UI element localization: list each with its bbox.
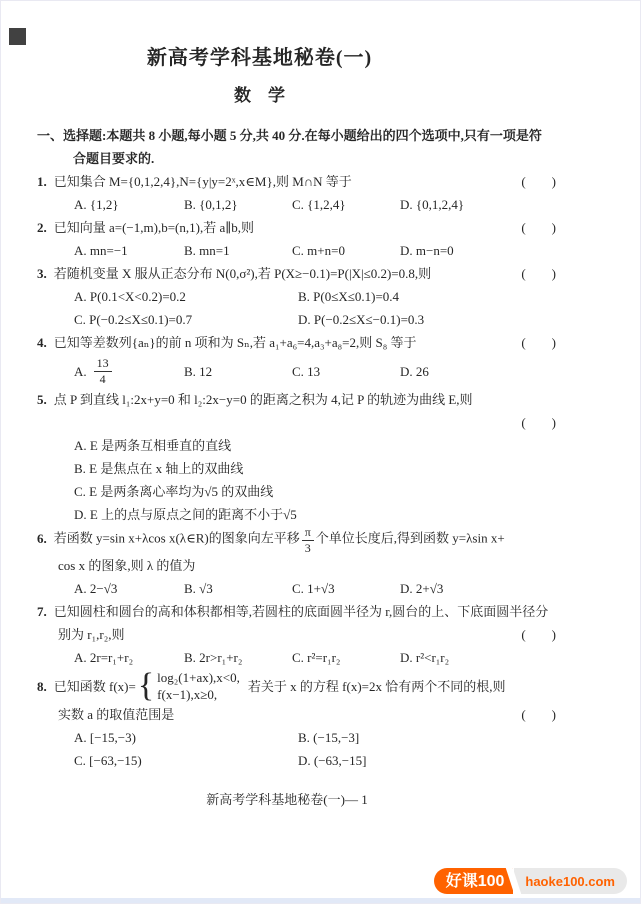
question-7-option-b: B. 2r>r₁+r₂ xyxy=(184,646,292,669)
question-7-option-d: D. r²<r₁r₂ xyxy=(400,646,556,669)
spacer xyxy=(417,331,522,354)
question-2-option-b: B. mn=1 xyxy=(184,239,292,262)
section-heading: 一、选择题: xyxy=(37,128,106,143)
question-6: 6.若函数 y=sin x+λcos x(λ∈R)的图象向左平移π3个单位长度后… xyxy=(37,526,556,600)
question-6-option-b: B. √3 xyxy=(184,577,292,600)
question-4-option-d: D. 26 xyxy=(400,360,556,383)
spacer xyxy=(352,170,522,193)
question-3-option-b: B. P(0≤X≤0.1)=0.4 xyxy=(298,285,556,308)
question-2-stem-line: 2. 已知向量 a=(−1,m),b=(n,1),若 a∥b,则 ( ) xyxy=(37,216,556,239)
question-3-option-d: D. P(−0.2≤X≤−0.1)=0.3 xyxy=(298,308,556,331)
question-8-stem-line2: 实数 a 的取值范围是 ( ) xyxy=(58,703,556,726)
question-2-options: A. mn=−1 B. mn=1 C. m+n=0 D. m−n=0 xyxy=(74,239,556,262)
question-7-stem-line1: 已知圆柱和圆台的高和体积都相等,若圆柱的底面圆半径为 r,圆台的上、下底面圆半径… xyxy=(54,600,549,623)
question-8-options-row1: A. [−15,−3) B. (−15,−3] xyxy=(74,726,556,749)
question-4: 4. 已知等差数列{aₙ}的前 n 项和为 Sₙ,若 a₁+a₆=4,a₃+a₈… xyxy=(37,331,556,388)
scan-artifact-square xyxy=(9,28,26,45)
question-5: 5. 点 P 到直线 l₁:2x+y=0 和 l₂:2x−y=0 的距离之积为 … xyxy=(37,388,556,526)
question-8: 8. 已知函数 f(x)= { log₂(1+ax),x<0, f(x−1),x… xyxy=(37,669,556,772)
question-8-stem-prefix: 已知函数 f(x)= xyxy=(54,675,136,698)
question-1-option-c: C. {1,2,4} xyxy=(292,193,400,216)
curly-brace: { xyxy=(138,669,154,703)
question-6-number: 6. xyxy=(37,531,47,546)
question-7-stem-line2-text: 别为 r₁,r₂,则 xyxy=(58,623,124,646)
question-2-number: 2. xyxy=(37,216,47,239)
question-3-option-a: A. P(0.1<X<0.2)=0.2 xyxy=(74,285,298,308)
question-4-number: 4. xyxy=(37,331,47,354)
fraction-13-4: 13 4 xyxy=(94,357,112,385)
pi-over-3-fraction: π3 xyxy=(302,526,314,554)
question-8-option-b: B. (−15,−3] xyxy=(298,726,556,749)
question-3-options-row2: C. P(−0.2≤X≤0.1)=0.7 D. P(−0.2≤X≤−0.1)=0… xyxy=(74,308,556,331)
question-3-option-c: C. P(−0.2≤X≤0.1)=0.7 xyxy=(74,308,298,331)
question-3-number: 3. xyxy=(37,262,47,285)
question-8-option-a: A. [−15,−3) xyxy=(74,726,298,749)
section-text-line2: 合题目要求的. xyxy=(73,147,560,170)
question-4-option-c: C. 13 xyxy=(292,360,400,383)
question-1-number: 1. xyxy=(37,170,47,193)
question-8-stem-line: 8. 已知函数 f(x)= { log₂(1+ax),x<0, f(x−1),x… xyxy=(37,669,622,703)
spacer xyxy=(174,703,521,726)
spacer xyxy=(124,623,521,646)
fraction-numerator: π xyxy=(302,526,314,541)
answer-blank: ( ) xyxy=(521,623,556,646)
question-5-answer-line: ( ) xyxy=(37,411,556,434)
question-6-stem-line: 6.若函数 y=sin x+λcos x(λ∈R)的图象向左平移π3个单位长度后… xyxy=(37,526,556,554)
question-1-option-a: A. {1,2} xyxy=(74,193,184,216)
exam-page: 新高考学科基地秘卷(一) 数 学 一、选择题:本题共 8 小题,每小题 5 分,… xyxy=(0,0,641,904)
question-4-stem-line: 4. 已知等差数列{aₙ}的前 n 项和为 Sₙ,若 a₁+a₆=4,a₃+a₈… xyxy=(37,331,556,354)
question-2-option-c: C. m+n=0 xyxy=(292,239,400,262)
watermark-domain: haoke100.com xyxy=(514,868,627,894)
fraction-denominator: 3 xyxy=(302,541,314,555)
question-6-option-d: D. 2+√3 xyxy=(400,577,556,600)
question-5-stem: 点 P 到直线 l₁:2x+y=0 和 l₂:2x−y=0 的距离之积为 4,记… xyxy=(54,388,473,411)
question-5-option-b: B. E 是焦点在 x 轴上的双曲线 xyxy=(74,457,556,480)
question-7-option-a: A. 2r=r₁+r₂ xyxy=(74,646,184,669)
question-1: 1. 已知集合 M={0,1,2,4},N={y|y=2ˣ,x∈M},则 M∩N… xyxy=(37,170,556,216)
fraction-denominator: 4 xyxy=(94,372,112,386)
section-intro-line1: 一、选择题:本题共 8 小题,每小题 5 分,共 40 分.在每小题给出的四个选… xyxy=(37,124,560,147)
question-5-option-a: A. E 是两条互相垂直的直线 xyxy=(74,434,556,457)
exam-subject: 数 学 xyxy=(37,84,482,108)
question-4-option-a: A. 13 4 xyxy=(74,357,184,385)
question-8-number: 8. xyxy=(37,675,47,698)
answer-blank: ( ) xyxy=(521,703,556,726)
question-7-option-c: C. r²=r₁r₂ xyxy=(292,646,400,669)
section-intro: 一、选择题:本题共 8 小题,每小题 5 分,共 40 分.在每小题给出的四个选… xyxy=(37,124,560,170)
question-6-option-c: C. 1+√3 xyxy=(292,577,400,600)
spacer xyxy=(431,262,521,285)
question-7-stem-line: 7. 已知圆柱和圆台的高和体积都相等,若圆柱的底面圆半径为 r,圆台的上、下底面… xyxy=(37,600,556,623)
question-6-stem-line2: cos x 的图象,则 λ 的值为 xyxy=(58,554,556,577)
question-1-option-b: B. {0,1,2} xyxy=(184,193,292,216)
question-4-options: A. 13 4 B. 12 C. 13 D. 26 xyxy=(74,354,556,388)
fraction-numerator: 13 xyxy=(94,357,112,372)
question-3-stem-line: 3. 若随机变量 X 服从正态分布 N(0,σ²),若 P(X≥−0.1)=P(… xyxy=(37,262,556,285)
question-4-option-b: B. 12 xyxy=(184,360,292,383)
piecewise-case-2: f(x−1),x≥0, xyxy=(157,686,240,703)
question-2-option-d: D. m−n=0 xyxy=(400,239,556,262)
exam-title: 新高考学科基地秘卷(一) xyxy=(37,45,482,71)
question-1-stem-line: 1. 已知集合 M={0,1,2,4},N={y|y=2ˣ,x∈M},则 M∩N… xyxy=(37,170,556,193)
spacer xyxy=(254,216,521,239)
question-7-number: 7. xyxy=(37,600,47,623)
question-8-stem-suffix: 若关于 x 的方程 f(x)=2x 恰有两个不同的根,则 xyxy=(248,675,506,698)
question-2-stem: 已知向量 a=(−1,m),b=(n,1),若 a∥b,则 xyxy=(54,216,254,239)
piecewise-case-1: log₂(1+ax),x<0, xyxy=(157,669,240,686)
page-footer: 新高考学科基地秘卷(一)— 1 xyxy=(37,788,537,811)
question-2: 2. 已知向量 a=(−1,m),b=(n,1),若 a∥b,则 ( ) A. … xyxy=(37,216,556,262)
spacer xyxy=(37,411,521,434)
question-8-option-c: C. [−63,−15) xyxy=(74,749,298,772)
question-3-options-row1: A. P(0.1<X<0.2)=0.2 B. P(0≤X≤0.1)=0.4 xyxy=(74,285,556,308)
question-6-option-a: A. 2−√3 xyxy=(74,577,184,600)
question-5-number: 5. xyxy=(37,388,47,411)
question-5-option-d: D. E 上的点与原点之间的距离不小于√5 xyxy=(74,503,556,526)
question-2-option-a: A. mn=−1 xyxy=(74,239,184,262)
question-7-stem-line2: 别为 r₁,r₂,则 ( ) xyxy=(58,623,556,646)
answer-blank: ( ) xyxy=(521,216,556,239)
scan-edge-strip xyxy=(1,898,640,903)
question-5-option-c: C. E 是两条离心率均为√5 的双曲线 xyxy=(74,480,556,503)
answer-blank: ( ) xyxy=(521,262,556,285)
piecewise-cases: log₂(1+ax),x<0, f(x−1),x≥0, xyxy=(157,669,240,703)
question-4-option-a-label: A. xyxy=(74,360,87,383)
answer-blank: ( ) xyxy=(521,331,556,354)
question-6-stem-after: 个单位长度后,得到函数 y=λsin x+ xyxy=(316,531,505,546)
question-8-option-d: D. (−63,−15] xyxy=(298,749,556,772)
question-6-options: A. 2−√3 B. √3 C. 1+√3 D. 2+√3 xyxy=(74,577,556,600)
question-4-stem: 已知等差数列{aₙ}的前 n 项和为 Sₙ,若 a₁+a₆=4,a₃+a₈=2,… xyxy=(54,331,417,354)
question-1-options: A. {1,2} B. {0,1,2} C. {1,2,4} D. {0,1,2… xyxy=(74,193,556,216)
watermark-badge[interactable]: 好课100 haoke100.com xyxy=(434,868,627,894)
section-text-line1: 本题共 8 小题,每小题 5 分,共 40 分.在每小题给出的四个选项中,只有一… xyxy=(106,128,542,143)
question-5-stem-line: 5. 点 P 到直线 l₁:2x+y=0 和 l₂:2x−y=0 的距离之积为 … xyxy=(37,388,556,411)
question-7-options: A. 2r=r₁+r₂ B. 2r>r₁+r₂ C. r²=r₁r₂ D. r²… xyxy=(74,646,556,669)
question-1-stem: 已知集合 M={0,1,2,4},N={y|y=2ˣ,x∈M},则 M∩N 等于 xyxy=(54,170,352,193)
answer-blank: ( ) xyxy=(521,411,556,434)
watermark-brand: 好课100 xyxy=(434,868,514,894)
question-1-option-d: D. {0,1,2,4} xyxy=(400,193,556,216)
answer-blank: ( ) xyxy=(521,170,556,193)
question-8-stem-line2-text: 实数 a 的取值范围是 xyxy=(58,703,174,726)
question-7: 7. 已知圆柱和圆台的高和体积都相等,若圆柱的底面圆半径为 r,圆台的上、下底面… xyxy=(37,600,556,669)
question-8-options-row2: C. [−63,−15) D. (−63,−15] xyxy=(74,749,556,772)
question-3: 3. 若随机变量 X 服从正态分布 N(0,σ²),若 P(X≥−0.1)=P(… xyxy=(37,262,556,331)
question-3-stem: 若随机变量 X 服从正态分布 N(0,σ²),若 P(X≥−0.1)=P(|X|… xyxy=(54,262,431,285)
question-6-stem-before: 若函数 y=sin x+λcos x(λ∈R)的图象向左平移 xyxy=(54,531,300,546)
